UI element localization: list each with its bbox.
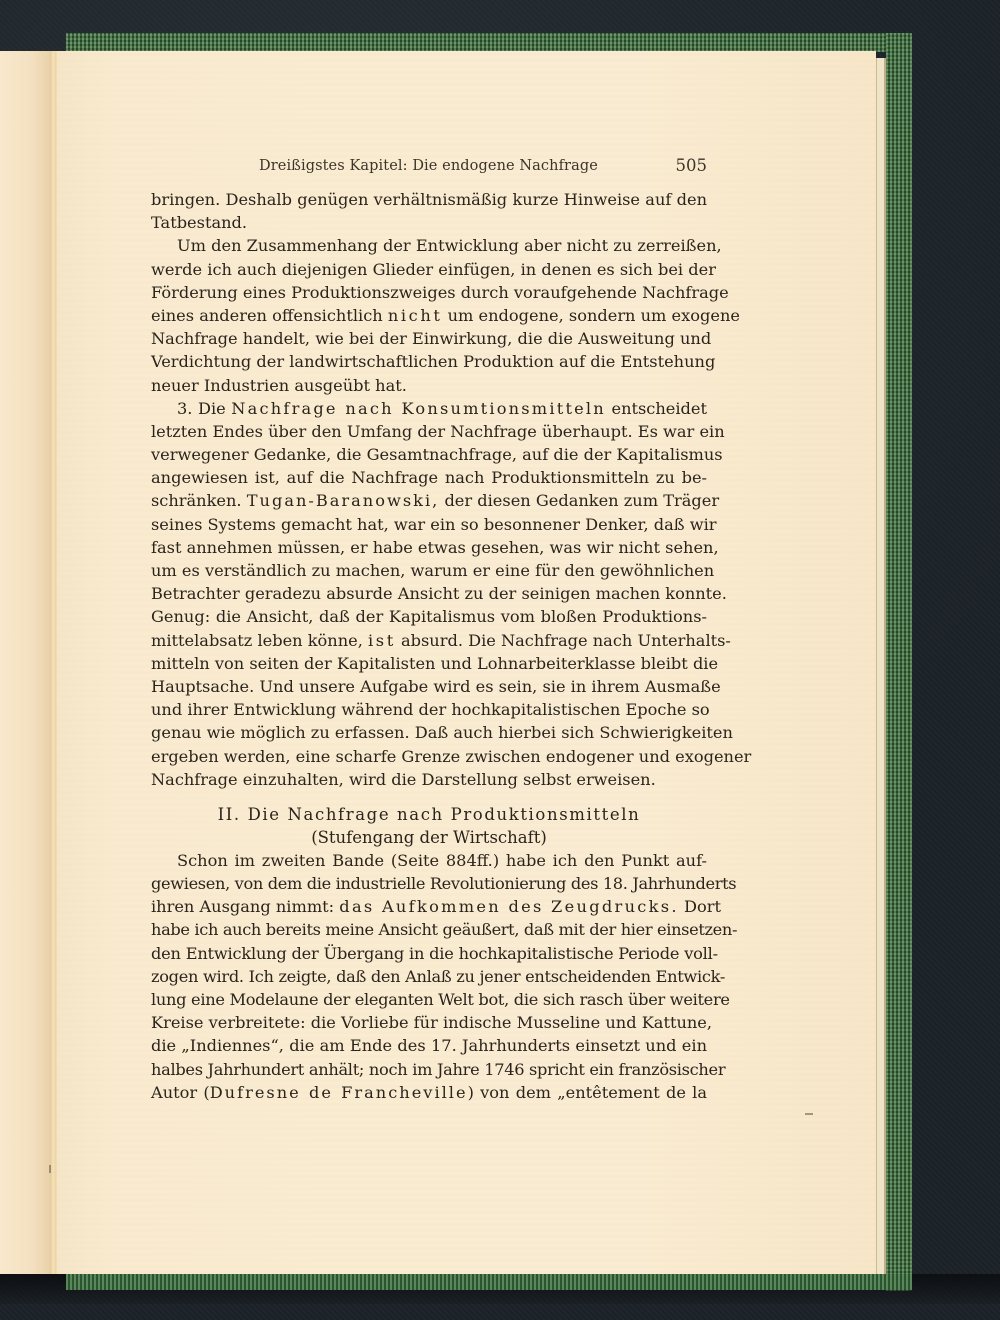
text-line: bringen. Deshalb genügen verhältnismäßig… xyxy=(151,188,707,211)
text-fragment: ) von dem „entêtement de la xyxy=(468,1083,707,1102)
emphasis-spaced: Tugan-Baranowski, xyxy=(247,491,440,510)
text-fragment: Autor ( xyxy=(151,1083,210,1102)
emphasis-spaced: ist xyxy=(368,631,396,650)
text-fragment: Dort xyxy=(684,897,721,916)
text-line: seines Systems gemacht hat, war ein so b… xyxy=(151,513,707,536)
text-line: den Entwicklung der Übergang in die hoch… xyxy=(151,942,707,965)
running-title: Dreißigstes Kapitel: Die endogene Nachfr… xyxy=(259,158,598,174)
text-line: mitteln von seiten der Kapitalisten und … xyxy=(151,652,707,675)
text-line: genau wie möglich zu erfassen. Daß auch … xyxy=(151,721,707,744)
text-line: Verdichtung der landwirtschaftlichen Pro… xyxy=(151,350,707,373)
text-line: und ihrer Entwicklung während der hochka… xyxy=(151,698,707,721)
text-line: Um den Zusammenhang der Entwicklung aber… xyxy=(151,234,707,257)
text-line: Förderung eines Produktionszweiges durch… xyxy=(151,281,707,304)
text-line: habe ich auch bereits meine Ansicht geäu… xyxy=(151,918,707,941)
section-heading: II. Die Nachfrage nach Produktionsmittel… xyxy=(151,803,707,849)
text-line: Hauptsache. Und unsere Aufgabe wird es s… xyxy=(151,675,707,698)
text-line: verwegener Gedanke, die Gesamtnachfrage,… xyxy=(151,443,707,466)
text-line: Kreise verbreitete: die Vorliebe für ind… xyxy=(151,1011,707,1034)
book-gutter xyxy=(50,51,58,1274)
text-fragment: der diesen Gedanken zum Träger xyxy=(444,491,719,510)
text-line: Nachfrage einzuhalten, wird die Darstell… xyxy=(151,768,707,791)
text-line: schränken. Tugan-Baranowski, der diesen … xyxy=(151,489,707,512)
scan-speck xyxy=(49,1165,51,1173)
text-fragment: absurd. Die Nachfrage nach Unterhalts- xyxy=(401,631,731,650)
text-fragment: 3. Die xyxy=(177,399,226,418)
cloth-binding-top xyxy=(66,33,912,52)
text-fragment: schränken. xyxy=(151,491,242,510)
emphasis-spaced: das Aufkommen des Zeugdrucks. xyxy=(339,897,679,916)
text-line: Schon im zweiten Bande (Seite 884ff.) ha… xyxy=(151,849,707,872)
text-line: ergeben werden, eine scharfe Grenze zwis… xyxy=(151,745,707,768)
emphasis-spaced: nicht xyxy=(388,306,443,325)
text-line: neuer Industrien ausgeübt hat. xyxy=(151,374,707,397)
text-fragment: um endogene, sondern um exogene xyxy=(448,306,740,325)
text-line: 3. Die Nachfrage nach Konsumtionsmitteln… xyxy=(151,397,707,420)
body-text: bringen. Deshalb genügen verhältnismäßig… xyxy=(151,188,707,791)
page-text: Dreißigstes Kapitel: Die endogene Nachfr… xyxy=(151,150,707,1104)
text-line: Nachfrage handelt, wie bei der Einwirkun… xyxy=(151,327,707,350)
emphasis-spaced: Dufresne de Francheville xyxy=(210,1083,468,1102)
emphasis-spaced: Nachfrage nach Konsumtionsmitteln xyxy=(231,399,606,418)
text-fragment: eines anderen offensichtlich xyxy=(151,306,383,325)
text-line: lung eine Modelaune der eleganten Welt b… xyxy=(151,988,707,1011)
text-line: mittelabsatz leben könne, ist absurd. Di… xyxy=(151,629,707,652)
text-line: Autor (Dufresne de Francheville) von dem… xyxy=(151,1081,707,1104)
text-line: halbes Jahrhundert anhält; noch im Jahre… xyxy=(151,1058,707,1081)
scan-speck xyxy=(805,1113,813,1115)
left-page xyxy=(0,51,54,1274)
text-line: angewiesen ist, auf die Nachfrage nach P… xyxy=(151,466,707,489)
cloth-binding-right xyxy=(886,33,912,1291)
text-line: zogen wird. Ich zeigte, daß den Anlaß zu… xyxy=(151,965,707,988)
text-line: eines anderen offensichtlich nicht um en… xyxy=(151,304,707,327)
section-subtitle: (Stufengang der Wirtschaft) xyxy=(151,826,707,849)
text-fragment: entscheidet xyxy=(611,399,707,418)
text-fragment: mittelabsatz leben könne, xyxy=(151,631,363,650)
text-line: Tatbestand. xyxy=(151,211,707,234)
text-line: um es verständlich zu machen, warum er e… xyxy=(151,559,707,582)
text-line: Genug: die Ansicht, daß der Kapitalismus… xyxy=(151,605,707,628)
section-body-text: Schon im zweiten Bande (Seite 884ff.) ha… xyxy=(151,849,707,1104)
text-line: fast annehmen müssen, er habe etwas gese… xyxy=(151,536,707,559)
text-line: letzten Endes über den Umfang der Nachfr… xyxy=(151,420,707,443)
text-line: gewiesen, von dem die industrielle Revol… xyxy=(151,872,707,895)
text-fragment: ihren Ausgang nimmt: xyxy=(151,897,334,916)
text-line: Betrachter geradezu absurde Ansicht zu d… xyxy=(151,582,707,605)
text-line: ihren Ausgang nimmt: das Aufkommen des Z… xyxy=(151,895,707,918)
running-head: Dreißigstes Kapitel: Die endogene Nachfr… xyxy=(151,150,707,188)
cloth-binding-bottom xyxy=(66,1274,912,1290)
text-line: werde ich auch diejenigen Glieder einfüg… xyxy=(151,258,707,281)
text-line: die „Indiennes“, die am Ende des 17. Jah… xyxy=(151,1034,707,1057)
section-title: II. Die Nachfrage nach Produktionsmittel… xyxy=(151,803,707,826)
page-number: 505 xyxy=(676,156,708,175)
